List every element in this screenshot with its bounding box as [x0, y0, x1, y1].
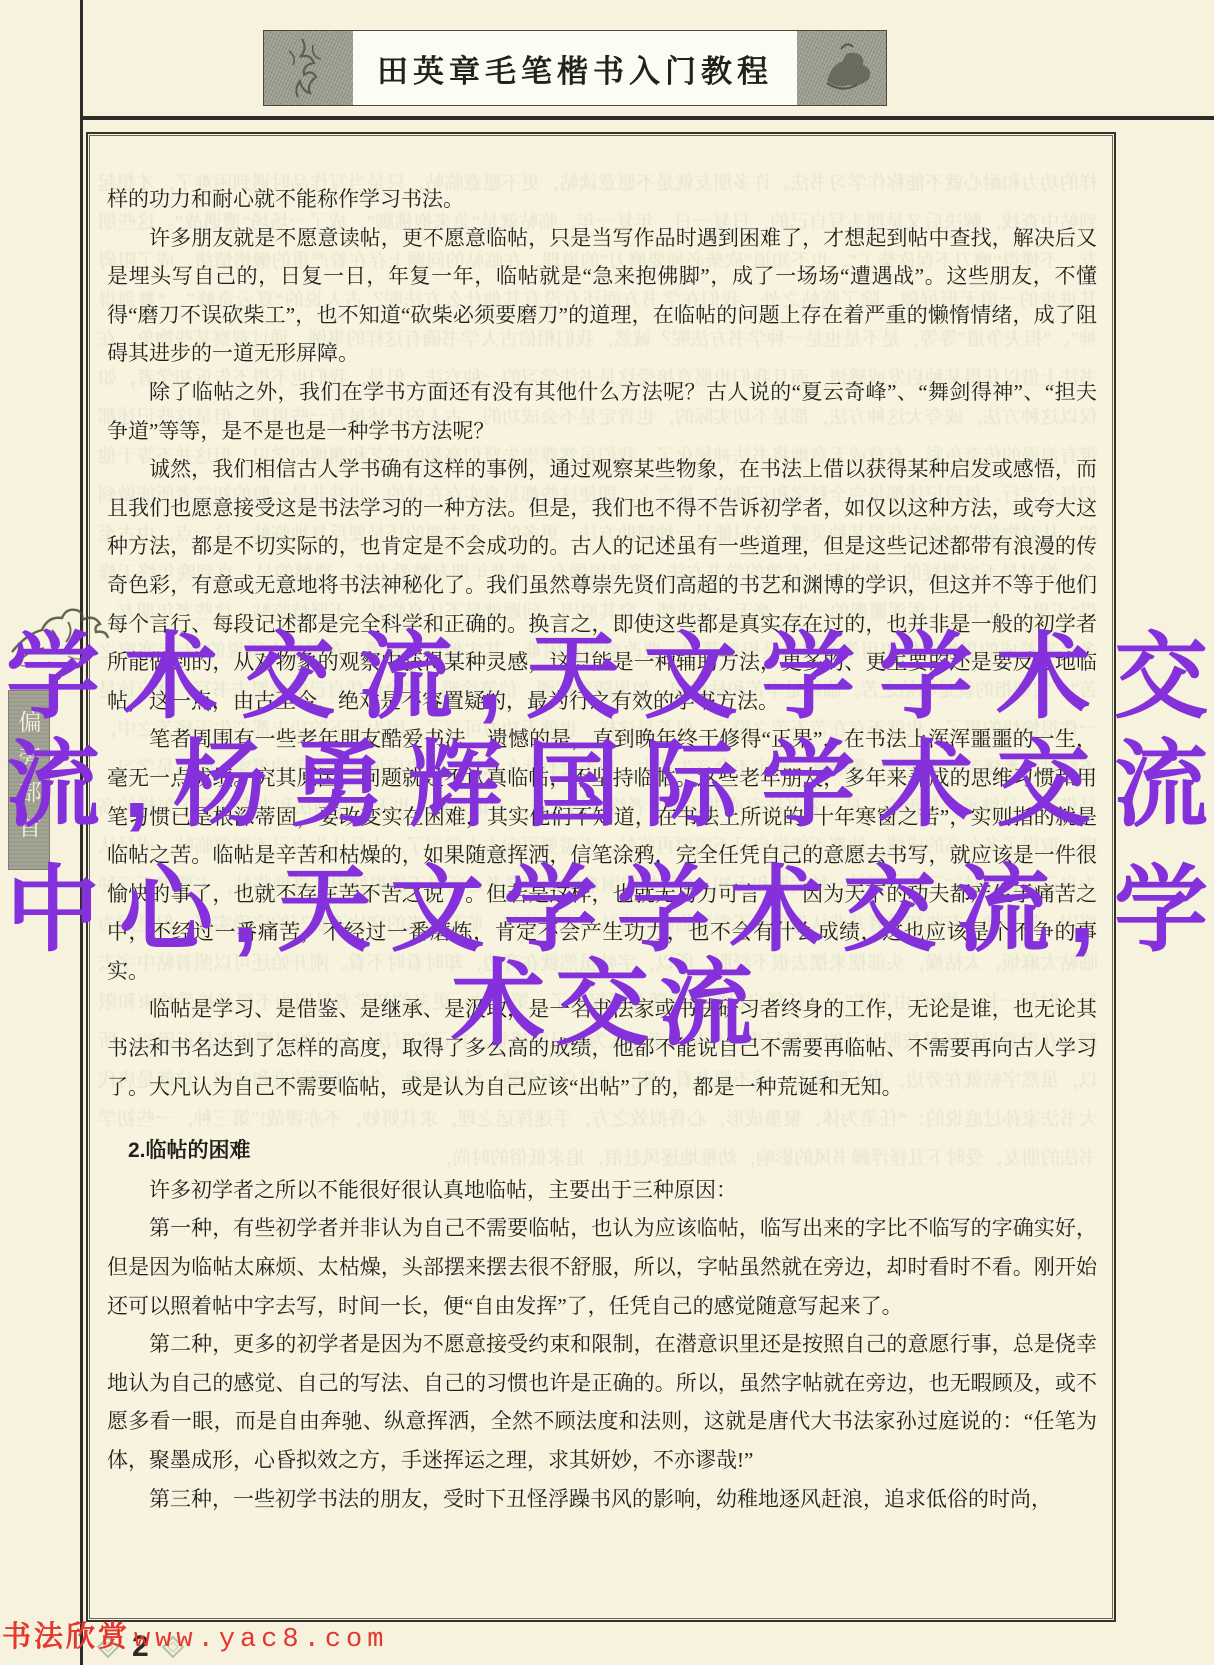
paragraph: 除了临帖之外，我们在学书方面还有没有其他什么方法呢？古人说的“夏云奇峰”、“舞剑… — [107, 373, 1097, 450]
sidebar-tab-label: 偏旁部首 — [13, 710, 46, 850]
paragraph: 样的功力和耐心就不能称作学习书法。 — [107, 180, 1097, 219]
paragraph: 许多朋友就是不愿意读帖，更不愿意临帖，只是当写作品时遇到困难了，才想起到帖中查找… — [107, 219, 1097, 373]
section-heading: 2.临帖的困难 — [107, 1132, 1097, 1171]
page-spine-line — [80, 0, 83, 1665]
footer-site-name: 书法欣赏 — [2, 1621, 130, 1653]
sidebar-tab-radicals: 偏旁部首 — [8, 690, 50, 870]
scanned-book-page: 田英章毛笔楷书入门教程 样的功力和耐心就不能称作学习书法。许多朋友就是不愿意读帖… — [0, 0, 1214, 1665]
body-text-column: 样的功力和耐心就不能称作学习书法。 许多朋友就是不愿意读帖，更不愿意临帖，只是当… — [107, 180, 1097, 1518]
right-stamp-sketch-icon — [797, 31, 886, 105]
header-title-box: 田英章毛笔楷书入门教程 — [263, 30, 887, 106]
footer-site-url: www.yac8.com — [134, 1625, 388, 1655]
right-stamp-image — [797, 31, 886, 105]
paragraph: 第三种，一些初学书法的朋友，受时下丑怪浮躁书风的影响，幼稚地逐风赶浪，追求低俗的… — [107, 1480, 1097, 1519]
main-text-box: 样的功力和耐心就不能称作学习书法。许多朋友就是不愿意读帖，更不愿意临帖，只是当写… — [86, 132, 1116, 1622]
paragraph: 许多初学者之所以不能很好很认真地临帖，主要出于三种原因： — [107, 1171, 1097, 1210]
paragraph: 第一种，有些初学者并非认为自己不需要临帖，也认为应该临帖，临写出来的字比不临写的… — [107, 1209, 1097, 1325]
paragraph: 第二种，更多的初学者是因为不愿意接受约束和限制，在潜意识里还是按照自己的意愿行事… — [107, 1325, 1097, 1479]
margin-ink-sketch-icon — [2, 592, 152, 684]
paragraph: 笔者周围有一些老年朋友酷爱书法，遗憾的是，直到晚年终于修得“正果”，在书法上浑浑… — [107, 720, 1097, 990]
header-divider-rule — [80, 116, 1214, 120]
book-title: 田英章毛笔楷书入门教程 — [353, 31, 797, 105]
paragraph: 诚然，我们相信古人学书确有这样的事例，通过观察某些物象，在书法上借以获得某种启发… — [107, 450, 1097, 720]
footer-site-credit: 书法欣赏 www.yac8.com — [2, 1614, 388, 1655]
left-stamp-image — [264, 31, 353, 105]
left-stamp-sketch-icon — [264, 31, 353, 105]
paragraph: 临帖是学习、是借鉴、是继承、是汲取，是一名书法家或书法研习者终身的工作，无论是谁… — [107, 990, 1097, 1106]
